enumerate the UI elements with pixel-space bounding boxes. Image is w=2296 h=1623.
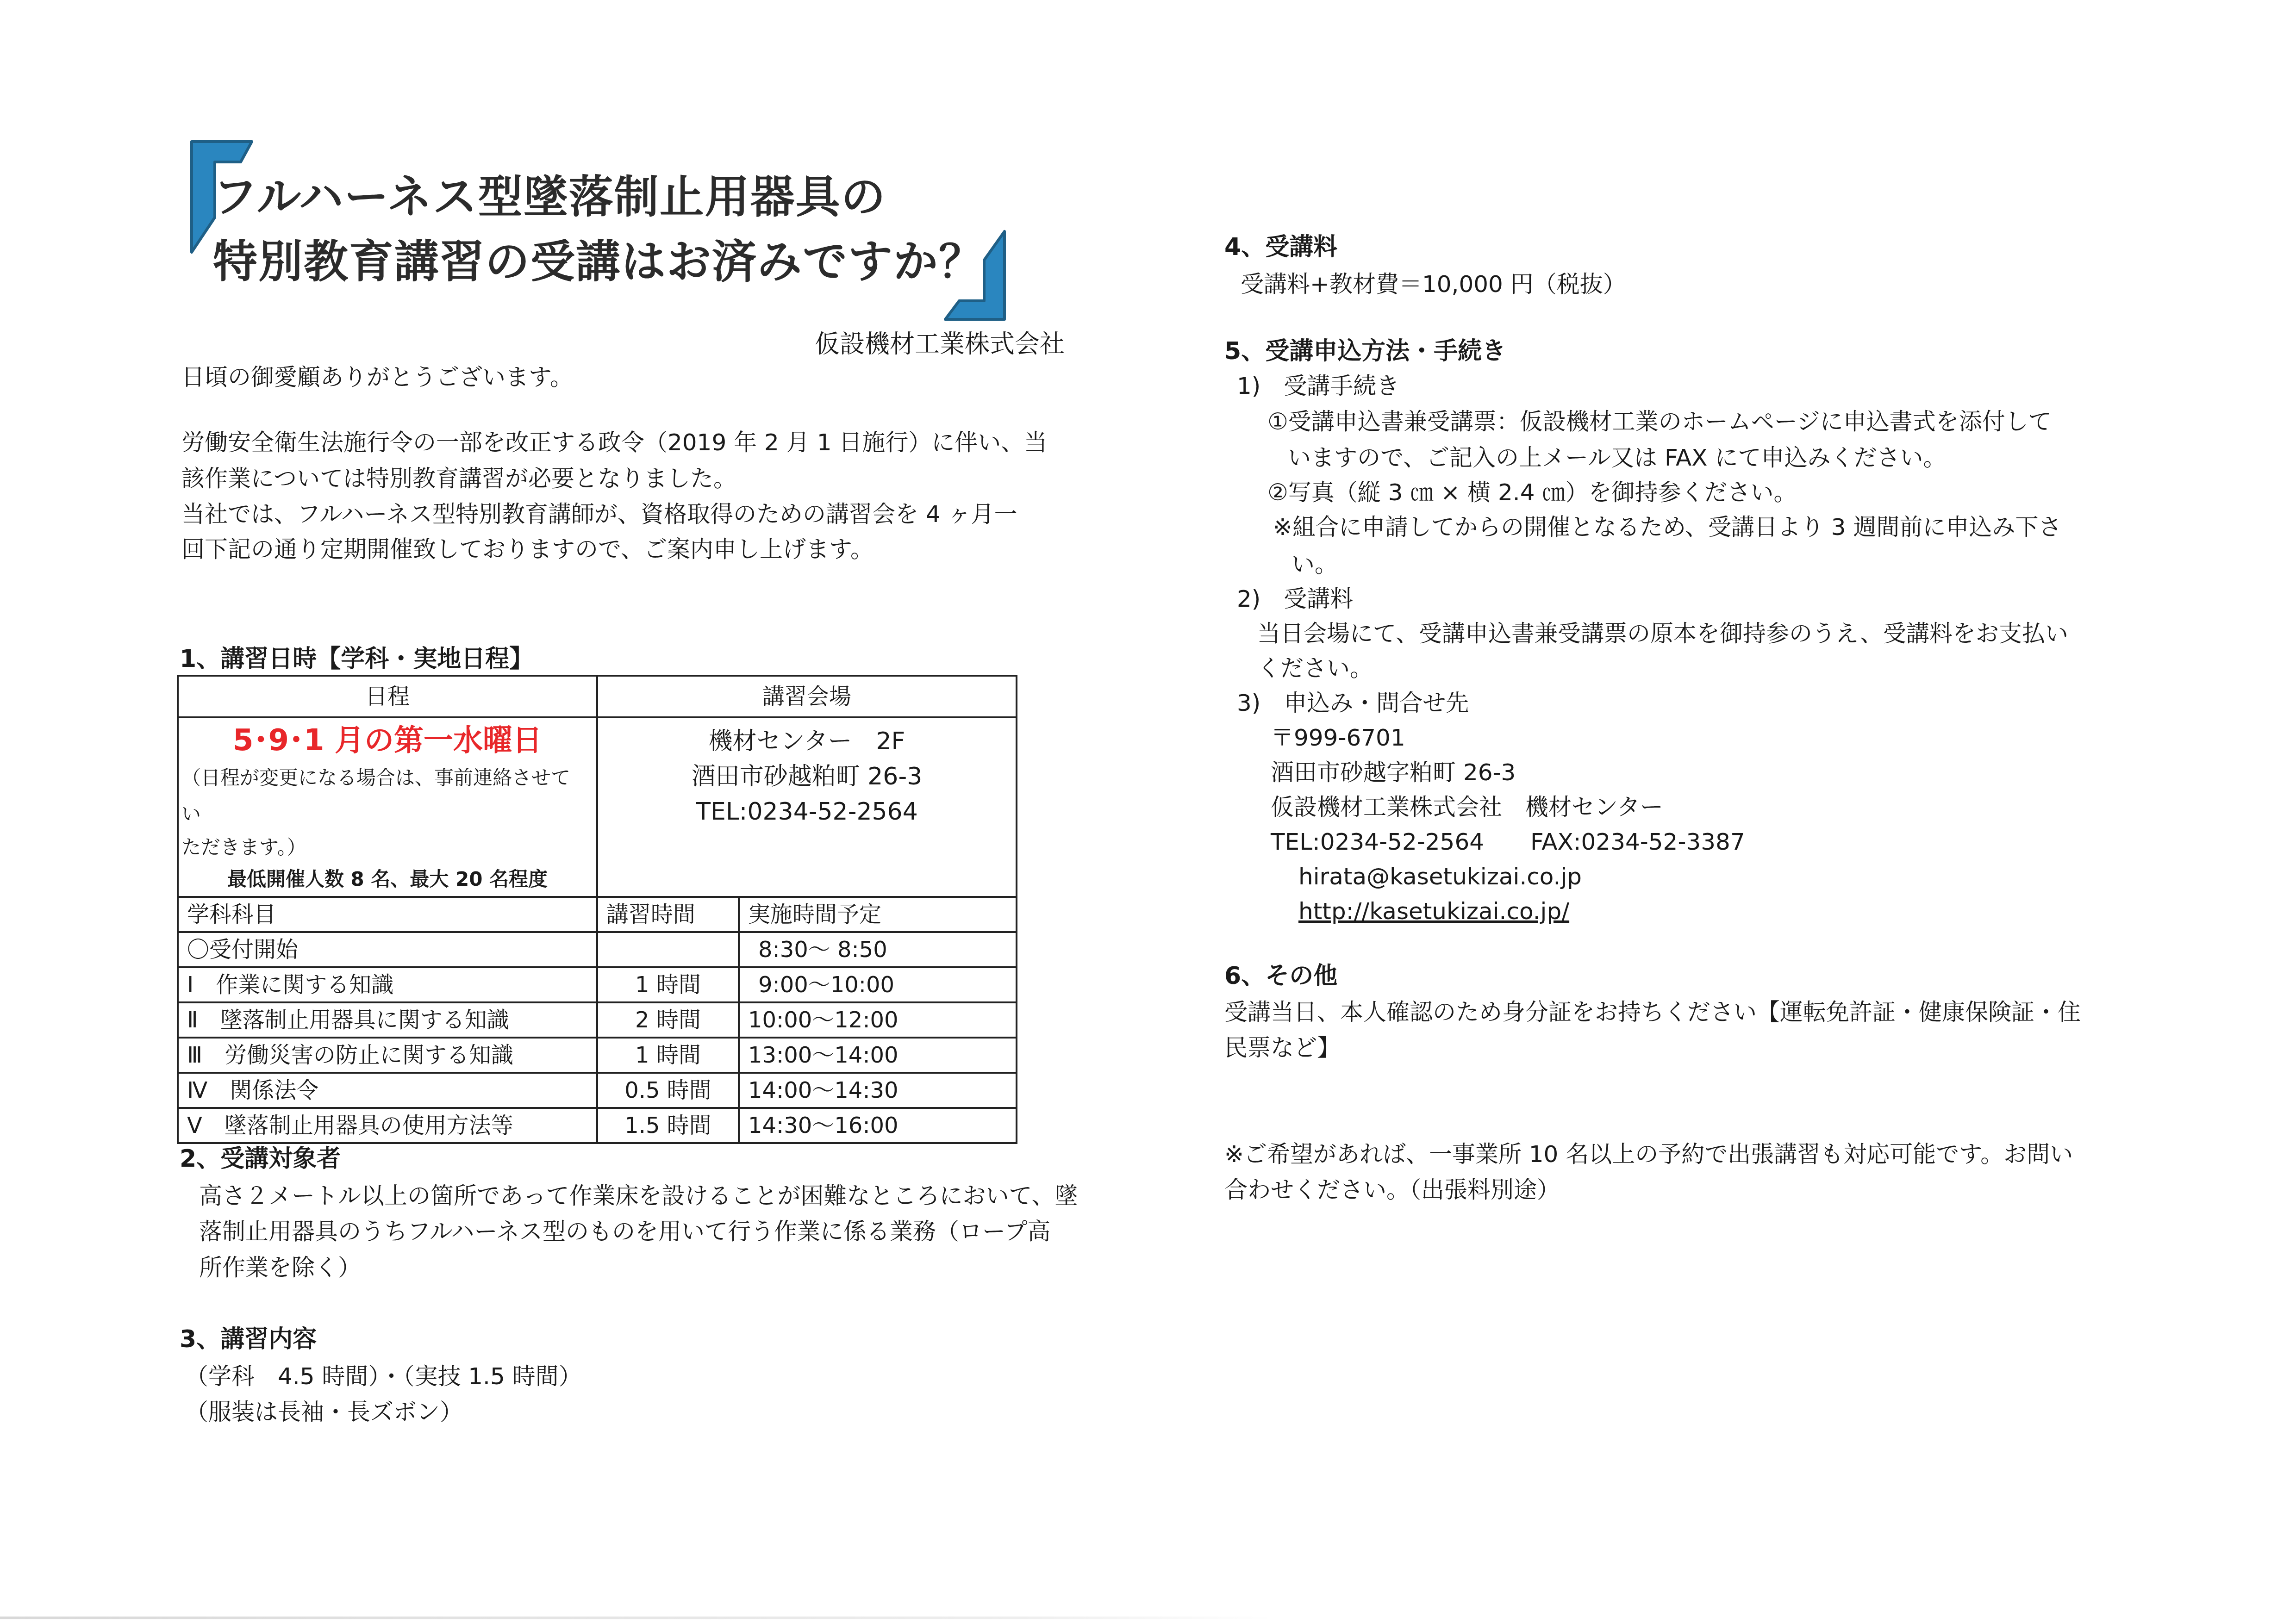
row-subject: Ⅲ 労働災害の防止に関する知識 [178, 1038, 597, 1073]
section5-sub2-line1: 当日会場にて、受講申込書兼受講票の原本を御持参のうえ、受講料をお支払い [1257, 616, 2068, 652]
row-subject: Ⅰ 作業に関する知識 [178, 967, 597, 1002]
table-row: Ⅴ 墜落制止用器具の使用方法等 1.5 時間 14:30～16:00 [178, 1108, 1017, 1143]
contact-postal: 〒999-6701 [1271, 720, 1405, 756]
section2-line1: 高さ２メートル以上の箇所であって作業床を設けることが困難なところにおいて、墜 [199, 1178, 1078, 1214]
contact-tel-fax: TEL:0234-52-2564 FAX:0234-52-3387 [1271, 824, 1745, 860]
section5-heading: 5、受講申込方法・手続き [1224, 333, 1506, 369]
venue-cell: 機材センター 2F 酒田市砂越粕町 26-3 TEL:0234-52-2564 [597, 717, 1017, 897]
row-hours: 1.5 時間 [597, 1108, 739, 1143]
table-row: Ⅱ 墜落制止用器具に関する知識 2 時間 10:00～12:00 [178, 1002, 1017, 1038]
row-time: 13:00～14:00 [739, 1038, 1017, 1073]
section6-heading: 6、その他 [1224, 958, 1337, 994]
table-row: Ⅰ 作業に関する知識 1 時間 9:00～10:00 [178, 967, 1017, 1002]
table-row: Ⅳ 関係法令 0.5 時間 14:00～14:30 [178, 1073, 1017, 1108]
section3-line2: （服装は長袖・長ズボン） [185, 1394, 463, 1430]
section6-line1: 受講当日、本人確認のため身分証をお持ちください【運転免許証・健康保険証・住 [1224, 994, 2081, 1030]
schedule-highlight: 5･9･1 月の第一水曜日 [187, 721, 588, 760]
row-time: 14:00～14:30 [739, 1073, 1017, 1108]
page-title-line2: 特別教育講習の受講はお済みですか？ [213, 231, 984, 292]
row-time: 10:00～12:00 [739, 1002, 1017, 1038]
schedule-note-line2: ただきます。） [181, 832, 588, 863]
row-hours: 2 時間 [597, 1002, 739, 1038]
page-title-line1: フルハーネス型墜落制止用器具の [213, 167, 886, 227]
header-venue: 講習会場 [597, 676, 1017, 717]
header-schedule: 日程 [178, 676, 597, 717]
section3-line1: （学科 4.5 時間）・（実技 1.5 時間） [185, 1358, 582, 1394]
row-time: 14:30～16:00 [739, 1108, 1017, 1143]
row-subject: Ⅳ 関係法令 [178, 1073, 597, 1108]
row-time: 9:00～10:00 [739, 967, 1017, 1002]
capacity: 最低開催人数 8 名、最大 20 名程度 [187, 863, 588, 896]
hours-header: 講習時間 [597, 897, 739, 932]
subject-header: 学科科目 [178, 897, 597, 932]
row-time: 8:30～ 8:50 [739, 932, 1017, 967]
contact-email[interactable]: hirata@kasetukizai.co.jp [1298, 858, 1582, 895]
intro-line2: 該作業については特別教育講習が必要となりました。 [181, 460, 736, 497]
section5-note-line2: い。 [1291, 546, 1338, 582]
row-subject: Ⅱ 墜落制止用器具に関する知識 [178, 1002, 597, 1038]
intro-line4: 回下記の通り定期開催致しておりますので、ご案内申し上げます。 [181, 531, 873, 567]
schedule-note-line1: （日程が変更になる場合は、事前連絡させてい [181, 760, 588, 832]
company-name: 仮設機材工業株式会社 [815, 326, 1065, 362]
intro-line1: 労働安全衛生法施行令の一部を改正する政令（2019 年 2 月 1 日施行）に伴… [181, 424, 1047, 460]
section5-item1-line2: いますので、ご記入の上メール又は FAX にて申込みください。 [1288, 440, 1946, 476]
table-row: Ⅲ 労働災害の防止に関する知識 1 時間 13:00～14:00 [178, 1038, 1017, 1073]
section5-item1-line1: ①受講申込書兼受講票：仮設機材工業のホームページに申込書式を添付して [1267, 404, 2052, 440]
footnote-line2: 合わせください。（出張料別途） [1224, 1172, 1560, 1208]
section6-line2: 民票など】 [1224, 1030, 1340, 1066]
section5-sub1-label: 1) 受講手続き [1237, 368, 1399, 404]
section5-item2: ②写真（縦 3 ㎝ × 横 2.4 ㎝）を御持参ください。 [1267, 474, 1797, 510]
venue-line3: TEL:0234-52-2564 [606, 794, 1007, 829]
row-hours: 1 時間 [597, 967, 739, 1002]
contact-org: 仮設機材工業株式会社 機材センター [1271, 789, 1663, 825]
section2-line3: 所作業を除く） [199, 1250, 361, 1286]
section5-sub2-line2: ください。 [1257, 650, 1373, 686]
section5-note-line1: ※組合に申請してからの開催となるため、受講日より 3 週間前に申込み下さ [1273, 509, 2062, 545]
section4-fee: 受講料+教材費＝10,000 円（税抜） [1241, 266, 1626, 302]
schedule-table: 日程 講習会場 5･9･1 月の第一水曜日 （日程が変更になる場合は、事前連絡さ… [177, 675, 1017, 1144]
row-hours: 1 時間 [597, 1038, 739, 1073]
row-hours: 0.5 時間 [597, 1073, 739, 1108]
section5-sub2-label: 2) 受講料 [1237, 581, 1353, 617]
scan-edge-divider [0, 1617, 1273, 1619]
section3-heading: 3、講習内容 [180, 1321, 317, 1357]
row-hours [597, 932, 739, 967]
venue-line1: 機材センター 2F [606, 724, 1007, 759]
section1-heading: 1、講習日時【学科・実地日程】 [180, 641, 533, 677]
contact-address: 酒田市砂越字粕町 26-3 [1271, 754, 1516, 790]
section4-heading: 4、受講料 [1224, 229, 1337, 265]
venue-line2: 酒田市砂越粕町 26-3 [606, 759, 1007, 794]
section2-heading: 2、受講対象者 [180, 1141, 341, 1177]
section5-sub3-label: 3) 申込み・問合せ先 [1237, 685, 1469, 721]
contact-website-link[interactable]: http://kasetukizai.co.jp/ [1298, 893, 1569, 929]
table-row: 〇受付開始 8:30～ 8:50 [178, 932, 1017, 967]
footnote-line1: ※ご希望があれば、一事業所 10 名以上の予約で出張講習も対応可能です。お問い [1224, 1136, 2073, 1172]
row-subject: Ⅴ 墜落制止用器具の使用方法等 [178, 1108, 597, 1143]
section2-line2: 落制止用器具のうちフルハーネス型のものを用いて行う作業に係る業務（ロープ高 [199, 1213, 1051, 1250]
intro-line3: 当社では、フルハーネス型特別教育講師が、資格取得のための講習会を 4 ヶ月一 [181, 496, 1017, 532]
time-header: 実施時間予定 [739, 897, 1017, 932]
row-subject: 〇受付開始 [178, 932, 597, 967]
schedule-cell: 5･9･1 月の第一水曜日 （日程が変更になる場合は、事前連絡させてい ただきま… [178, 717, 597, 897]
greeting: 日頃の御愛顧ありがとうございます。 [181, 359, 573, 395]
